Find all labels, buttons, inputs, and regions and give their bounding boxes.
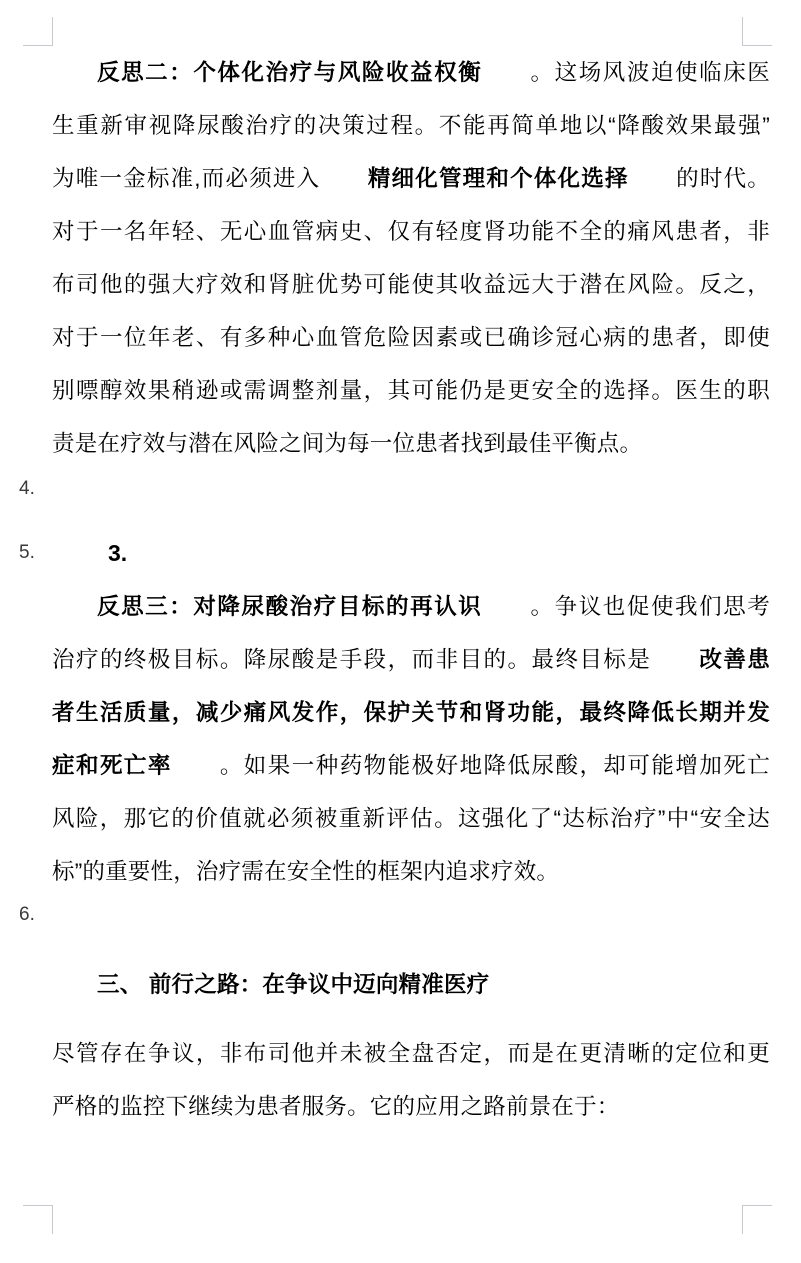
- text-run: 。争议也促使我们思考: [482, 594, 770, 619]
- text-line: 责是在疗效与潜在风险之间为每一位患者找到最佳平衡点。: [52, 417, 770, 470]
- crop-mark-top-right: [742, 17, 772, 46]
- list-item: 5.3.: [52, 540, 770, 566]
- text-line: 布司他的强大疗效和肾脏优势可能使其收益远大于潜在风险。反之，: [52, 258, 770, 311]
- text-run: 别嘌醇效果稍逊或需调整剂量，其可能仍是更安全的选择。医生的职: [52, 378, 770, 403]
- text-line: 者生活质量，减少痛风发作，保护关节和肾功能，最终降低长期并发: [52, 686, 770, 739]
- list-item: 4.: [52, 476, 770, 502]
- text-run: 责是在疗效与潜在风险之间为每一位患者找到最佳平衡点。: [52, 431, 642, 456]
- text-run: 为唯一金标准,而必须进入: [52, 166, 368, 191]
- section-heading: 三、 前行之路：在争议中迈向精准医疗: [52, 958, 770, 1011]
- bold-text-run: 症和死亡率: [52, 753, 172, 778]
- list-number: 4.: [19, 476, 35, 502]
- text-run: 风险，那它的价值就必须被重新评估。这强化了“达标治疗”中“安全达: [52, 806, 770, 831]
- bold-text-run: 者生活质量，减少痛风发作，保护关节和肾功能，最终降低长期并发: [52, 700, 770, 725]
- crop-mark-top-left: [23, 17, 53, 46]
- text-line: 三、 前行之路：在争议中迈向精准医疗: [52, 958, 770, 1011]
- text-run: 对于一名年轻、无心血管病史、仅有轻度肾功能不全的痛风患者，非: [52, 219, 770, 244]
- text-line: 反思三：对降尿酸治疗目标的再认识 。争议也促使我们思考: [52, 580, 770, 633]
- text-line: 治疗的终极目标。降尿酸是手段，而非目的。最终目标是 改善患: [52, 633, 770, 686]
- text-line: 对于一名年轻、无心血管病史、仅有轻度肾功能不全的痛风患者，非: [52, 205, 770, 258]
- text-run: 生重新审视降尿酸治疗的决策过程。不能再简单地以“降酸效果最强”: [52, 113, 770, 138]
- bold-text-run: 反思二：个体化治疗与风险收益权衡: [97, 60, 482, 85]
- text-run: 对于一位年老、有多种心血管危险因素或已确诊冠心病的患者，即使: [52, 325, 770, 350]
- text-run: 标”的重要性，治疗需在安全性的框架内追求疗效。: [52, 859, 559, 884]
- text-run: 的时代。: [629, 166, 770, 191]
- document-page: 反思二：个体化治疗与风险收益权衡 。这场风波迫使临床医生重新审视降尿酸治疗的决策…: [0, 0, 801, 1263]
- text-line: 严格的监控下继续为患者服务。它的应用之路前景在于：: [52, 1080, 770, 1133]
- text-line: 反思二：个体化治疗与风险收益权衡 。这场风波迫使临床医: [52, 46, 770, 99]
- text-line: 尽管存在争议，非布司他并未被全盘否定，而是在更清晰的定位和更: [52, 1027, 770, 1080]
- bold-text-run: 精细化管理和个体化选择: [368, 166, 629, 191]
- text-line: 症和死亡率 。如果一种药物能极好地降低尿酸，却可能增加死亡: [52, 739, 770, 792]
- text-run: 尽管存在争议，非布司他并未被全盘否定，而是在更清晰的定位和更: [52, 1041, 770, 1066]
- text-line: 别嘌醇效果稍逊或需调整剂量，其可能仍是更安全的选择。医生的职: [52, 364, 770, 417]
- paragraph: 反思二：个体化治疗与风险收益权衡 。这场风波迫使临床医生重新审视降尿酸治疗的决策…: [52, 46, 770, 470]
- document-body: 反思二：个体化治疗与风险收益权衡 。这场风波迫使临床医生重新审视降尿酸治疗的决策…: [52, 46, 770, 1133]
- list-number: 5.: [19, 540, 35, 566]
- crop-mark-bottom-right: [742, 1205, 772, 1234]
- bold-text-run: 三、 前行之路：在争议中迈向精准医疗: [97, 972, 489, 997]
- text-line: 标”的重要性，治疗需在安全性的框架内追求疗效。: [52, 845, 770, 898]
- crop-mark-bottom-left: [23, 1205, 53, 1234]
- sub-list-number: 3.: [108, 540, 127, 566]
- text-run: 治疗的终极目标。降尿酸是手段，而非目的。最终目标是: [52, 647, 699, 672]
- text-run: 布司他的强大疗效和肾脏优势可能使其收益远大于潜在风险。反之，: [52, 272, 770, 297]
- text-run: 。如果一种药物能极好地降低尿酸，却可能增加死亡: [172, 753, 770, 778]
- text-line: 生重新审视降尿酸治疗的决策过程。不能再简单地以“降酸效果最强”: [52, 99, 770, 152]
- list-item: 6.: [52, 902, 770, 928]
- paragraph: 尽管存在争议，非布司他并未被全盘否定，而是在更清晰的定位和更严格的监控下继续为患…: [52, 1027, 770, 1133]
- list-number: 6.: [19, 902, 35, 928]
- text-line: 对于一位年老、有多种心血管危险因素或已确诊冠心病的患者，即使: [52, 311, 770, 364]
- paragraph: 反思三：对降尿酸治疗目标的再认识 。争议也促使我们思考治疗的终极目标。降尿酸是手…: [52, 580, 770, 898]
- bold-text-run: 改善患: [699, 647, 770, 672]
- text-line: 为唯一金标准,而必须进入 精细化管理和个体化选择 的时代。: [52, 152, 770, 205]
- bold-text-run: 反思三：对降尿酸治疗目标的再认识: [97, 594, 482, 619]
- text-run: 。这场风波迫使临床医: [482, 60, 770, 85]
- text-run: 严格的监控下继续为患者服务。它的应用之路前景在于：: [52, 1094, 620, 1119]
- text-line: 风险，那它的价值就必须被重新评估。这强化了“达标治疗”中“安全达: [52, 792, 770, 845]
